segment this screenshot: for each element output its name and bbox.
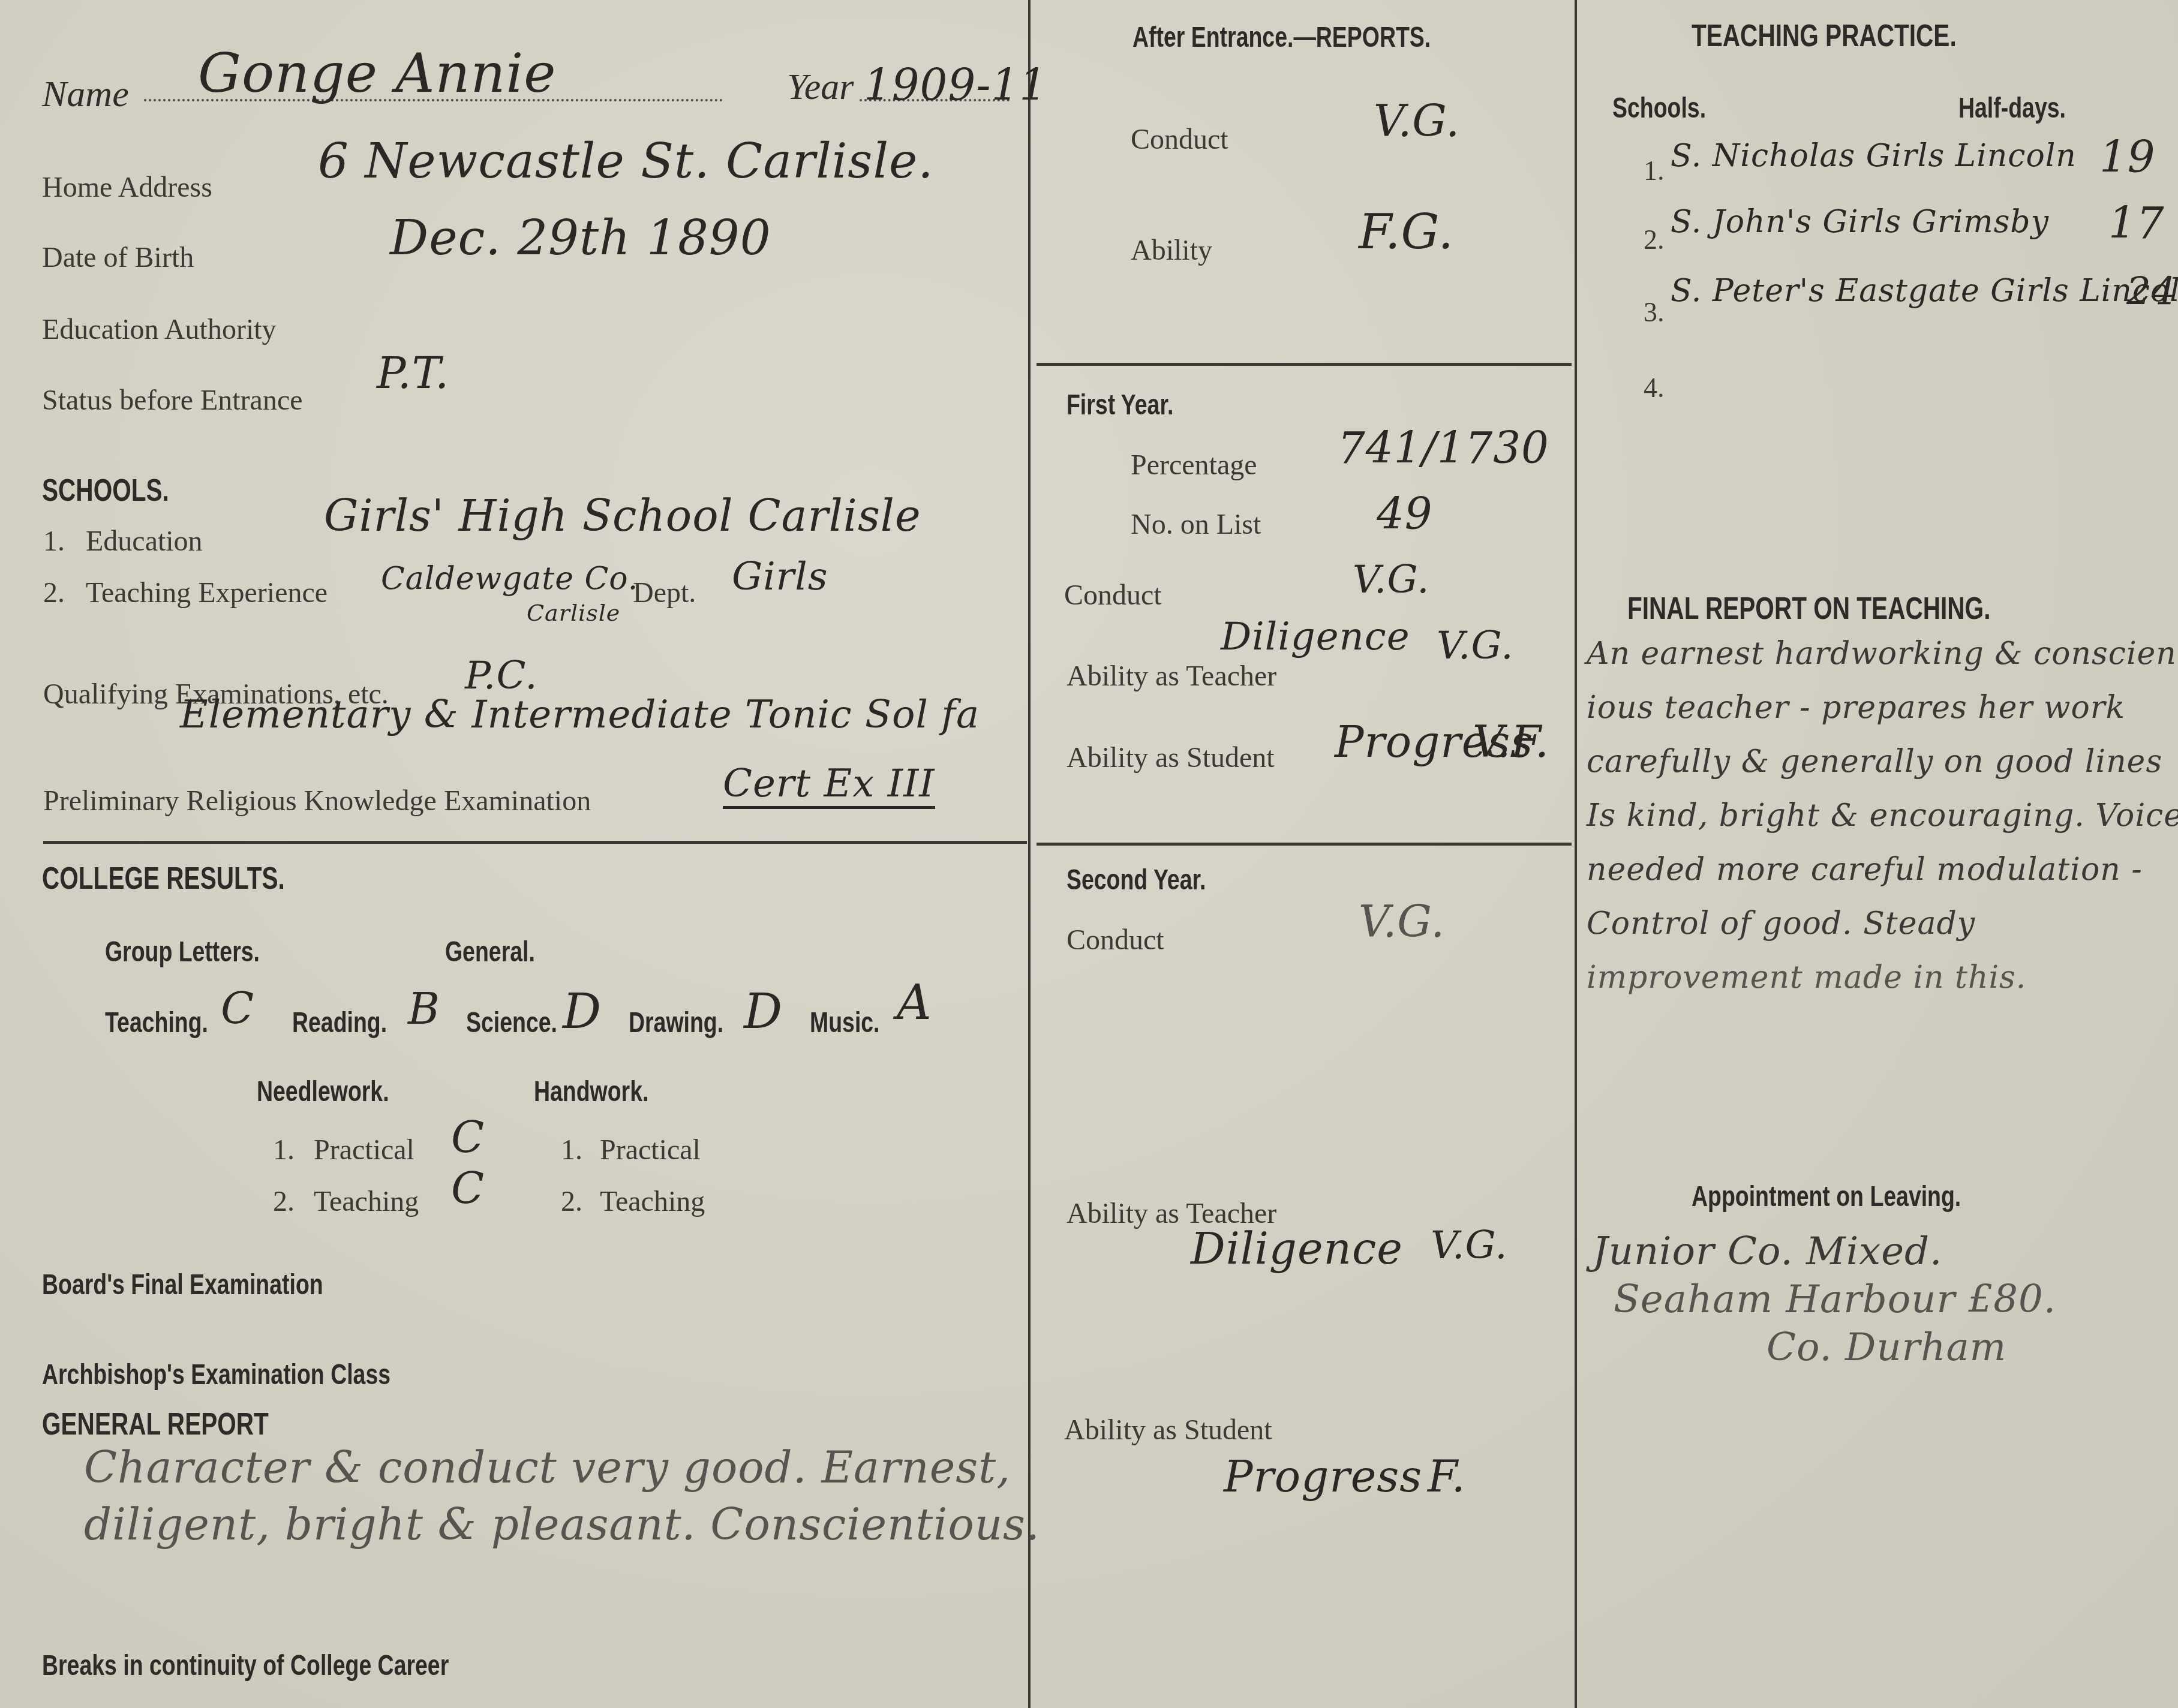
final-report-line[interactable]: An earnest hardworking & conscient- xyxy=(1587,636,2178,672)
first-year-conduct-label: Conduct xyxy=(1064,579,1162,612)
first-year-ability-student-grade[interactable]: V.F. xyxy=(1473,717,1549,767)
grade-value-teaching[interactable]: C xyxy=(221,984,254,1034)
appointment-heading: Appointment on Leaving. xyxy=(1692,1180,1961,1213)
handwork-practical-number: 1. xyxy=(561,1133,582,1166)
qualifying-examinations-value-line2[interactable]: Elementary & Intermediate Tonic Sol fa xyxy=(180,693,980,737)
after-entrance-conduct-value[interactable]: V.G. xyxy=(1374,96,1460,146)
final-report-heading: FINAL REPORT ON TEACHING. xyxy=(1627,591,1990,627)
first-year-heading: First Year. xyxy=(1067,389,1173,422)
appointment-line[interactable]: Seaham Harbour £80. xyxy=(1614,1277,2056,1322)
grade-value-music[interactable]: A xyxy=(897,975,932,1030)
education-label: Education xyxy=(86,525,203,558)
handwork-practical-label: Practical xyxy=(600,1133,701,1166)
grade-value-drawing[interactable]: D xyxy=(744,984,783,1039)
first-year-ability-teacher-value[interactable]: V.G. xyxy=(1437,624,1514,668)
college-results-heading: COLLEGE RESULTS. xyxy=(42,861,285,897)
home-address-label: Home Address xyxy=(42,171,212,204)
first-year-ability-teacher-note[interactable]: Diligence xyxy=(1221,615,1410,659)
needlework-practical-label: Practical xyxy=(314,1133,414,1166)
status-before-entrance-value[interactable]: P.T. xyxy=(377,348,449,398)
needlework-teaching-label: Teaching xyxy=(314,1185,419,1218)
general-report-heading: GENERAL REPORT xyxy=(42,1406,269,1442)
needlework-heading: Needlework. xyxy=(257,1075,389,1108)
status-before-entrance-label: Status before Entrance xyxy=(42,384,302,417)
halfdays-column-label: Half-days. xyxy=(1958,92,2066,125)
needlework-teaching-number: 2. xyxy=(273,1185,295,1218)
needlework-practical-value[interactable]: C xyxy=(451,1112,485,1163)
needlework-teaching-value[interactable]: C xyxy=(451,1163,485,1214)
grade-label-teaching: Teaching. xyxy=(105,1006,208,1039)
after-entrance-heading: After Entrance.—REPORTS. xyxy=(1132,21,1431,54)
second-year-conduct-value[interactable]: V.G. xyxy=(1359,897,1445,947)
no-on-list-label: No. on List xyxy=(1131,508,1261,541)
final-report-line[interactable]: ious teacher - prepares her work xyxy=(1587,690,2125,726)
handwork-teaching-label: Teaching xyxy=(600,1185,705,1218)
column-divider-right xyxy=(1575,0,1577,1708)
second-year-ability-student-label: Ability as Student xyxy=(1064,1414,1272,1447)
after-entrance-conduct-label: Conduct xyxy=(1131,123,1228,156)
teaching-practice-halfdays[interactable]: 17 xyxy=(2108,198,2165,248)
left-section-divider xyxy=(43,841,1027,844)
handwork-teaching-number: 2. xyxy=(561,1185,582,1218)
first-year-conduct-value[interactable]: V.G. xyxy=(1353,558,1430,602)
education-number: 1. xyxy=(43,525,65,558)
grade-label-science: Science. xyxy=(466,1006,557,1039)
teaching-practice-halfdays[interactable]: 24 xyxy=(2126,270,2176,314)
general-label: General. xyxy=(445,936,535,969)
dept-value[interactable]: Girls xyxy=(732,555,828,599)
teaching-practice-school[interactable]: S. Peter's Eastgate Girls Lincoln xyxy=(1671,273,2178,309)
grade-label-reading: Reading. xyxy=(292,1006,387,1039)
schools-column-label: Schools. xyxy=(1612,92,1706,125)
percentage-value[interactable]: 741/1730 xyxy=(1338,423,1549,473)
education-value[interactable]: Girls' High School Carlisle xyxy=(324,491,921,541)
boards-final-examination-label: Board's Final Examination xyxy=(42,1268,323,1301)
final-report-line[interactable]: needed more careful modulation - xyxy=(1587,852,2143,888)
percentage-label: Percentage xyxy=(1131,449,1257,482)
home-address-value[interactable]: 6 Newcastle St. Carlisle. xyxy=(318,133,934,189)
after-entrance-ability-label: Ability xyxy=(1131,234,1212,267)
teaching-practice-row-number: 4. xyxy=(1644,372,1665,404)
teaching-experience-value[interactable]: Caldewgate Co. xyxy=(381,561,638,597)
general-report-line-2[interactable]: diligent, bright & pleasant. Conscientio… xyxy=(84,1499,1040,1550)
first-year-ability-student-label: Ability as Student xyxy=(1067,741,1275,774)
column-divider-left xyxy=(1028,0,1031,1708)
final-report-line[interactable]: Is kind, bright & encouraging. Voice xyxy=(1587,798,2178,834)
date-of-birth-value[interactable]: Dec. 29th 1890 xyxy=(390,210,771,266)
teaching-practice-school[interactable]: S. John's Girls Grimsby xyxy=(1671,204,2049,240)
grade-value-science[interactable]: D xyxy=(563,984,602,1039)
year-value[interactable]: 1909-11 xyxy=(864,60,1047,110)
needlework-practical-number: 1. xyxy=(273,1133,295,1166)
no-on-list-value[interactable]: 49 xyxy=(1377,489,1433,539)
middle-divider-after-entrance xyxy=(1037,363,1572,366)
handwork-heading: Handwork. xyxy=(534,1075,648,1108)
archbishops-examination-label: Archbishop's Examination Class xyxy=(42,1358,390,1391)
second-year-conduct-label: Conduct xyxy=(1067,924,1164,957)
second-year-ability-teacher-value[interactable]: V.G. xyxy=(1431,1223,1508,1268)
appointment-line[interactable]: Co. Durham xyxy=(1767,1325,2006,1370)
teaching-practice-school[interactable]: S. Nicholas Girls Lincoln xyxy=(1671,138,2077,174)
teaching-practice-row-number: 2. xyxy=(1644,224,1665,255)
preliminary-religious-label: Preliminary Religious Knowledge Examinat… xyxy=(43,784,591,817)
second-year-ability-student-value[interactable]: F. xyxy=(1428,1451,1466,1502)
teaching-practice-row-number: 1. xyxy=(1644,155,1665,187)
teaching-practice-halfdays[interactable]: 19 xyxy=(2099,132,2156,182)
teaching-experience-sub-value[interactable]: Carlisle xyxy=(527,600,620,626)
final-report-line[interactable]: Control of good. Steady xyxy=(1587,906,1975,942)
teaching-experience-label: Teaching Experience xyxy=(86,576,328,609)
appointment-line[interactable]: Junior Co. Mixed. xyxy=(1593,1229,1942,1274)
teaching-experience-number: 2. xyxy=(43,576,65,609)
second-year-ability-student-note[interactable]: Progress xyxy=(1224,1451,1422,1502)
qualifying-examinations-value[interactable]: P.C. xyxy=(465,654,537,698)
middle-divider-first-year xyxy=(1037,843,1572,846)
preliminary-religious-value[interactable]: Cert Ex III xyxy=(723,762,935,809)
dept-label: Dept. xyxy=(633,576,696,609)
year-label: Year xyxy=(787,66,854,109)
final-report-line[interactable]: improvement made in this. xyxy=(1587,960,2026,996)
final-report-line[interactable]: carefully & generally on good lines xyxy=(1587,744,2162,780)
name-value[interactable]: Gonge Annie xyxy=(198,42,557,105)
grade-label-drawing: Drawing. xyxy=(629,1006,723,1039)
schools-heading: SCHOOLS. xyxy=(42,473,169,509)
date-of-birth-label: Date of Birth xyxy=(42,241,194,274)
second-year-heading: Second Year. xyxy=(1067,864,1206,897)
teaching-practice-heading: TEACHING PRACTICE. xyxy=(1692,18,1957,54)
teaching-practice-row-number: 3. xyxy=(1644,296,1665,328)
after-entrance-ability-value[interactable]: F.G. xyxy=(1359,204,1454,260)
first-year-ability-teacher-label: Ability as Teacher xyxy=(1067,660,1276,693)
grade-value-reading[interactable]: B xyxy=(408,984,440,1034)
second-year-ability-teacher-note[interactable]: Diligence xyxy=(1191,1223,1403,1274)
general-report-line-1[interactable]: Character & conduct very good. Earnest, xyxy=(84,1442,1011,1493)
breaks-in-continuity-label: Breaks in continuity of College Career xyxy=(42,1649,449,1682)
name-label: Name xyxy=(42,73,129,116)
education-authority-label: Education Authority xyxy=(42,313,277,346)
grade-label-music: Music. xyxy=(810,1006,880,1039)
group-letters-label: Group Letters. xyxy=(105,936,260,969)
